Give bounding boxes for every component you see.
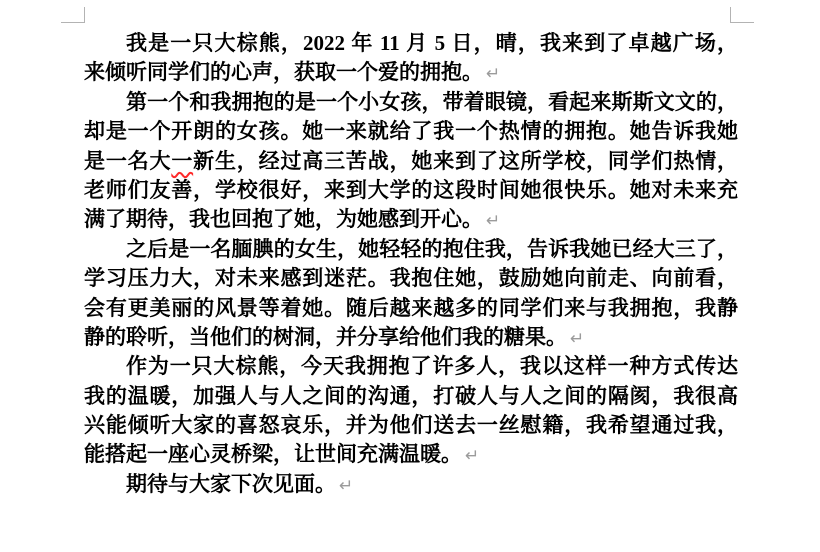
text-run: 静的聆听，当他们的树洞，并分享给他们我的糖果。 (84, 325, 567, 349)
misspelled-text: 一 (171, 149, 193, 173)
text-line[interactable]: 是一名大一新生，经过高三苦战，她来到了这所学校，同学们热情， (84, 147, 738, 176)
text-run: 之后是一名腼腆的女生，她轻轻的抱住我，告诉我她已经大三了， (126, 237, 738, 261)
paragraph-return-mark-icon: ↵ (339, 476, 353, 496)
paragraph-return-mark-icon: ↵ (486, 211, 500, 231)
text-run: 学习压力大，对未来感到迷茫。我抱住她，鼓励她向前走、向前看， (84, 266, 738, 290)
text-run: 兴能倾听大家的喜怒哀乐，并为他们送去一丝慰籍，我希望通过我， (84, 413, 738, 437)
text-run: 会有更美丽的风景等着她。随后越来越多的同学们来与我拥抱，我静 (84, 296, 738, 320)
text-run: 我是一只大棕熊，2022 年 11 月 5 日，晴，我来到了卓越广场， (126, 31, 738, 55)
text-line[interactable]: 我的温暖，加强人与人之间的沟通，打破人与人之间的隔阂，我很高 (84, 382, 738, 411)
text-line[interactable]: 满了期待，我也回抱了她，为她感到开心。↵ (84, 205, 738, 234)
paragraph-return-mark-icon: ↵ (486, 64, 500, 84)
text-line[interactable]: 却是一个开朗的女孩。她一来就给了我一个热情的拥抱。她告诉我她 (84, 117, 738, 146)
text-line[interactable]: 之后是一名腼腆的女生，她轻轻的抱住我，告诉我她已经大三了， (84, 235, 738, 264)
text-line[interactable]: 我是一只大棕熊，2022 年 11 月 5 日，晴，我来到了卓越广场， (84, 29, 738, 58)
text-line[interactable]: 作为一只大棕熊，今天我拥抱了许多人，我以这样一种方式传达 (84, 352, 738, 381)
text-run: 满了期待，我也回抱了她，为她感到开心。 (84, 207, 483, 231)
text-line[interactable]: 老师们友善，学校很好，来到大学的这段时间她很快乐。她对未来充 (84, 176, 738, 205)
document-page: 我是一只大棕熊，2022 年 11 月 5 日，晴，我来到了卓越广场，来倾听同学… (0, 0, 820, 552)
text-line[interactable]: 学习压力大，对未来感到迷茫。我抱住她，鼓励她向前走、向前看， (84, 264, 738, 293)
text-run: 作为一只大棕熊，今天我拥抱了许多人，我以这样一种方式传达 (126, 354, 738, 378)
text-line[interactable]: 兴能倾听大家的喜怒哀乐，并为他们送去一丝慰籍，我希望通过我， (84, 411, 738, 440)
text-run: 来倾听同学们的心声，获取一个爱的拥抱。 (84, 60, 483, 84)
text-line[interactable]: 第一个和我拥抱的是一个小女孩，带着眼镜，看起来斯斯文文的， (84, 88, 738, 117)
text-line[interactable]: 期待与大家下次见面。↵ (84, 470, 738, 499)
text-run: 新生，经过高三苦战，她来到了这所学校，同学们热情， (193, 149, 738, 173)
text-run: 老师们友善，学校很好，来到大学的这段时间她很快乐。她对未来充 (84, 178, 738, 202)
text-run: 是一名大 (84, 149, 171, 173)
paragraph-return-mark-icon: ↵ (570, 329, 584, 349)
text-run: 能搭起一座心灵桥梁，让世间充满温暖。 (84, 442, 462, 466)
text-run: 却是一个开朗的女孩。她一来就给了我一个热情的拥抱。她告诉我她 (84, 119, 738, 143)
text-line[interactable]: 会有更美丽的风景等着她。随后越来越多的同学们来与我拥抱，我静 (84, 294, 738, 323)
paragraph-return-mark-icon: ↵ (465, 446, 479, 466)
text-line[interactable]: 能搭起一座心灵桥梁，让世间充满温暖。↵ (84, 440, 738, 469)
text-boundary-crop-mark-top-left (61, 7, 85, 23)
text-line[interactable]: 来倾听同学们的心声，获取一个爱的拥抱。↵ (84, 58, 738, 87)
text-run: 第一个和我拥抱的是一个小女孩，带着眼镜，看起来斯斯文文的， (126, 90, 738, 114)
text-run: 期待与大家下次见面。 (126, 472, 336, 496)
text-line[interactable]: 静的聆听，当他们的树洞，并分享给他们我的糖果。↵ (84, 323, 738, 352)
text-run: 我的温暖，加强人与人之间的沟通，打破人与人之间的隔阂，我很高 (84, 384, 738, 408)
text-boundary-crop-mark-top-right (730, 7, 754, 23)
document-body[interactable]: 我是一只大棕熊，2022 年 11 月 5 日，晴，我来到了卓越广场，来倾听同学… (84, 29, 738, 499)
